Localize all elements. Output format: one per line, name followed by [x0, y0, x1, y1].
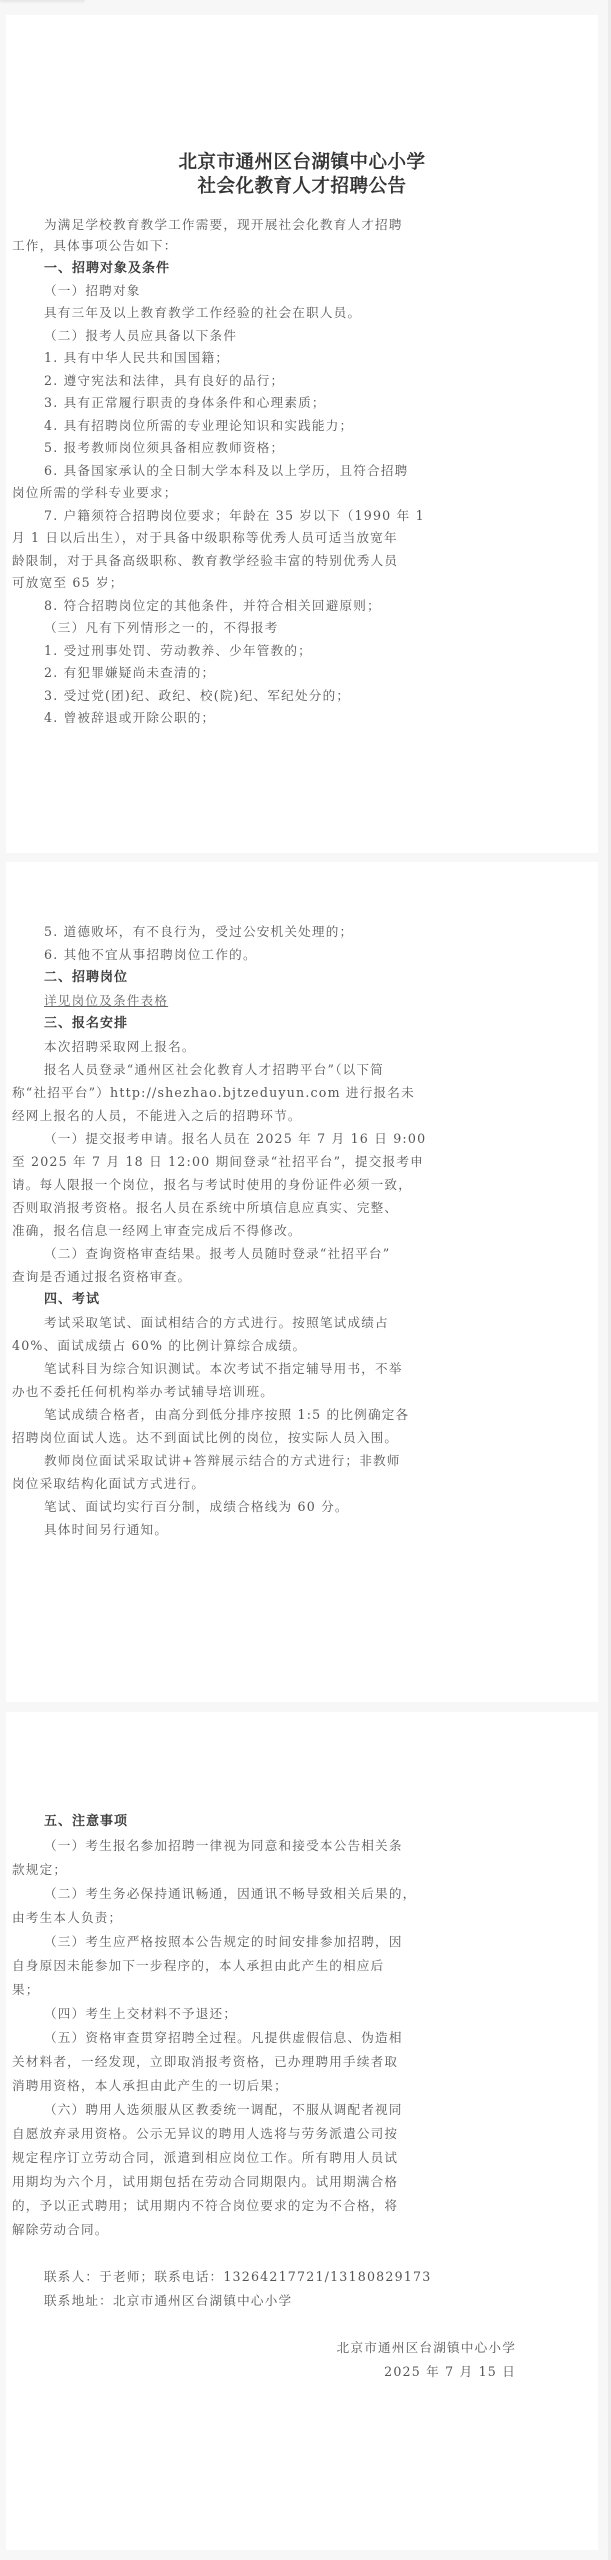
paragraph-line: 办也不委托任何机构举办考试辅导培训班。: [6, 1382, 604, 1401]
paragraph-line: 准确，报名信息一经网上审查完成后不得修改。: [6, 1221, 604, 1240]
paragraph-line: 7. 户籍须符合招聘岗位要求；年龄在 35 岁以下（1990 年 1: [6, 506, 611, 525]
paragraph-line: 2. 遵守宪法和法律，具有良好的品行；: [6, 371, 611, 390]
paragraph-line: 教师岗位面试采取试讲+答辩展示结合的方式进行；非教师: [6, 1451, 611, 1470]
paragraph-line: 经网上报名的人员，不能进入之后的招聘环节。: [6, 1106, 604, 1125]
paragraph-line: 查询是否通过报名资格审查。: [6, 1267, 604, 1286]
paragraph-line: （一）提交报考申请。报名人员在 2025 年 7 月 16 日 9:00: [6, 1129, 611, 1148]
paragraph-line: （一）考生报名参加招聘一律视为同意和接受本公告相关条: [6, 1836, 611, 1855]
paragraph-line: 联系人：于老师；联系电话：13264217721/13180829173: [6, 2267, 611, 2286]
paragraph-line: 本次招聘采取网上报名。: [6, 1037, 611, 1056]
paragraph-line: 解除劳动合同。: [6, 2220, 604, 2239]
paragraph-line: 联系地址：北京市通州区台湖镇中心小学: [6, 2291, 611, 2310]
document-page-3: 五、注意事项（一）考生报名参加招聘一律视为同意和接受本公告相关条款规定；（二）考…: [6, 1712, 598, 2550]
paragraph-line: 3. 具有正常履行职责的身体条件和心理素质；: [6, 393, 611, 412]
section-heading: 三、报名安排: [6, 1014, 611, 1033]
section-heading: 四、考试: [6, 1290, 611, 1309]
paragraph-line: 的，予以正式聘用；试用期内不符合岗位要求的定为不合格，将: [6, 2196, 604, 2215]
paragraph-line: （六）聘用人选须服从区教委统一调配，不服从调配者视同: [6, 2100, 611, 2119]
paragraph-line: 招聘岗位面试人选。达不到面试比例的岗位，按实际人员入围。: [6, 1428, 604, 1447]
paragraph-line: 1. 受过刑事处罚、劳动教养、少年管教的；: [6, 641, 611, 660]
document-page-2: 5. 道德败坏，有不良行为，受过公安机关处理的；6. 其他不宜从事招聘岗位工作的…: [6, 862, 598, 1702]
paragraph-line: （五）资格审查贯穿招聘全过程。凡提供虚假信息、伪造相: [6, 2028, 611, 2047]
paragraph-line: 称“社招平台”）http://shezhao.bjtzeduyun.com 进行…: [6, 1083, 604, 1102]
top-bar-shadow: [0, 0, 85, 4]
paragraph-line: 3. 受过党(团)纪、政纪、校(院)纪、军纪处分的；: [6, 686, 611, 705]
paragraph-line: 至 2025 年 7 月 18 日 12:00 期间登录“社招平台”，提交报考申: [6, 1152, 604, 1171]
paragraph-line: 关材料者，一经发现，立即取消报考资格，已办理聘用手续者取: [6, 2052, 604, 2071]
paragraph-line: （四）考生上交材料不予退还；: [6, 2004, 611, 2023]
paragraph-line: （二）考生务必保持通讯畅通，因通讯不畅导致相关后果的，: [6, 1884, 611, 1903]
paragraph-line: 果；: [6, 1980, 604, 1999]
paragraph-line: （二）报考人员应具备以下条件: [6, 326, 611, 345]
paragraph-line: （一）招聘对象: [6, 281, 611, 300]
paragraph-line: 由考生本人负责；: [6, 1908, 604, 1927]
paragraph-line: 自愿放弃录用资格。公示无异议的聘用人选将与劳务派遣公司按: [6, 2124, 604, 2143]
paragraph-line: 6. 其他不宜从事招聘岗位工作的。: [6, 945, 611, 964]
paragraph-line: 月 1 日以后出生），对于具备中级职称等优秀人员可适当放宽年: [6, 528, 604, 547]
paragraph-line: 自身原因未能参加下一步程序的，本人承担由此产生的相应后: [6, 1956, 604, 1975]
section-heading: 二、招聘岗位: [6, 968, 611, 987]
paragraph-line: （三）考生应严格按照本公告规定的时间安排参加招聘，因: [6, 1932, 611, 1951]
document-title-line-1: 北京市通州区台湖镇中心小学: [6, 148, 598, 174]
paragraph-line: 4. 曾被辞退或开除公职的；: [6, 708, 611, 727]
paragraph-line: （二）查询资格审查结果。报考人员随时登录“社招平台”: [6, 1244, 611, 1263]
paragraph-line: 5. 报考教师岗位须具备相应教师资格；: [6, 438, 611, 457]
paragraph-line: 用期均为六个月，试用期包括在劳动合同期限内。试用期满合格: [6, 2172, 604, 2191]
paragraph-line: 40%、面试成绩占 60% 的比例计算综合成绩。: [6, 1336, 604, 1355]
paragraph-line: 请。每人限报一个岗位，报名与考试时使用的身份证件必须一致，: [6, 1175, 604, 1194]
paragraph-line: 5. 道德败坏，有不良行为，受过公安机关处理的；: [6, 922, 611, 941]
paragraph-line: 2025 年 7 月 15 日: [6, 2362, 598, 2381]
paragraph-line: 规定程序订立劳动合同，派遣到相应岗位工作。所有聘用人员试: [6, 2148, 604, 2167]
paragraph-line: 可放宽至 65 岁；: [6, 573, 604, 592]
paragraph-line: 北京市通州区台湖镇中心小学: [6, 2338, 598, 2357]
paragraph-line: 4. 具有招聘岗位所需的专业理论知识和实践能力；: [6, 416, 611, 435]
document-title-line-2: 社会化教育人才招聘公告: [6, 172, 598, 198]
paragraph-line: 笔试、面试均实行百分制，成绩合格线为 60 分。: [6, 1497, 611, 1516]
paragraph-line: 具体时间另行通知。: [6, 1520, 611, 1539]
paragraph-line: 否则取消报考资格。报名人员在系统中所填信息应真实、完整、: [6, 1198, 604, 1217]
paragraph-line: 报名人员登录“通州区社会化教育人才招聘平台”（以下简: [6, 1060, 611, 1079]
paragraph-line: 考试采取笔试、面试相结合的方式进行。按照笔试成绩占: [6, 1313, 611, 1332]
section-heading: 五、注意事项: [6, 1812, 611, 1831]
paragraph-line: 为满足学校教育教学工作需要，现开展社会化教育人才招聘: [6, 215, 611, 234]
paragraph-line: 2. 有犯罪嫌疑尚未查清的；: [6, 663, 611, 682]
paragraph-line: 笔试科目为综合知识测试。本次考试不指定辅导用书，不举: [6, 1359, 611, 1378]
paragraph-line: 具有三年及以上教育教学工作经验的社会在职人员。: [6, 303, 611, 322]
paragraph-line: 工作，具体事项公告如下：: [6, 236, 604, 255]
paragraph-line: 1. 具有中华人民共和国国籍；: [6, 348, 611, 367]
paragraph-line: 6. 具备国家承认的全日制大学本科及以上学历，且符合招聘: [6, 461, 611, 480]
paragraph-line: 岗位所需的学科专业要求；: [6, 483, 604, 502]
paragraph-line: 8. 符合招聘岗位定的其他条件，并符合相关回避原则；: [6, 596, 611, 615]
paragraph-line: 龄限制，对于具备高级职称、教育教学经验丰富的特别优秀人员: [6, 551, 604, 570]
paragraph-line: 款规定；: [6, 1860, 604, 1879]
paragraph-line: （三）凡有下列情形之一的，不得报考: [6, 618, 611, 637]
section-heading: 一、招聘对象及条件: [6, 259, 611, 278]
paragraph-line: 岗位采取结构化面试方式进行。: [6, 1474, 604, 1493]
paragraph-line: 笔试成绩合格者，由高分到低分排序按照 1:5 的比例确定各: [6, 1405, 611, 1424]
paragraph-line: 消聘用资格，本人承担由此产生的一切后果；: [6, 2076, 604, 2095]
positions-table-link[interactable]: 详见岗位及条件表格: [6, 991, 611, 1010]
document-page-1: 北京市通州区台湖镇中心小学 社会化教育人才招聘公告 为满足学校教育教学工作需要，…: [6, 15, 598, 853]
